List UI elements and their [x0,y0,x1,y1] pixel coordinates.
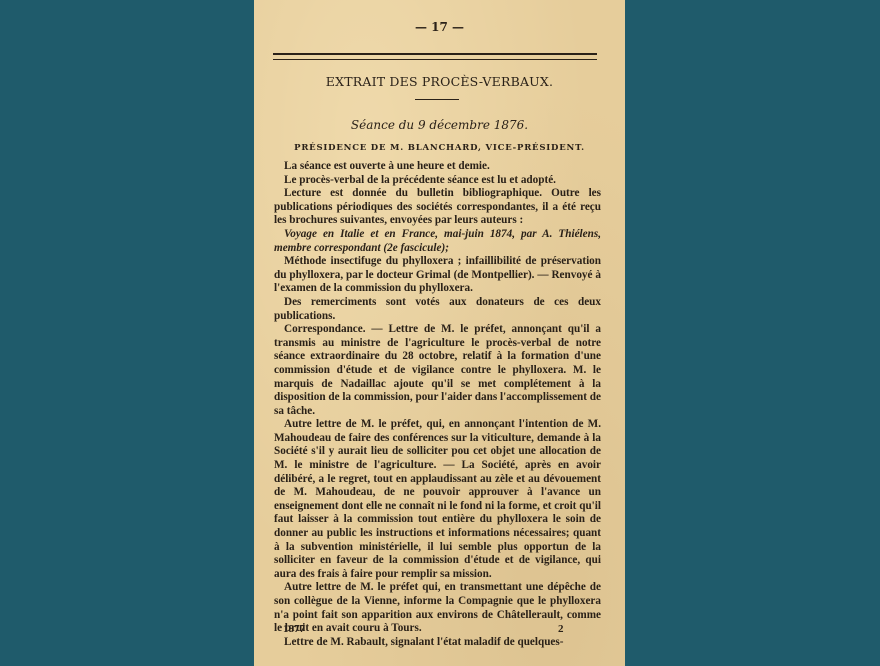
page-number: — 17 — [254,20,625,34]
session-date: Séance du 9 décembre 1876. [254,118,625,132]
paragraph: Des remerciments sont votés aux donateur… [274,296,601,323]
paragraph: Autre lettre de M. le préfet, qui, en an… [274,418,601,581]
paragraph: Lettre de M. Rabault, signalant l'état m… [274,636,601,650]
paragraph: Autre lettre de M. le préfet qui, en tra… [274,581,601,635]
scanned-page: — 17 — EXTRAIT DES PROCÈS-VERBAUX. Séanc… [254,0,625,666]
paragraph: Lecture est donnée du bulletin bibliogra… [274,187,601,228]
paragraph: Le procès-verbal de la précédente séance… [274,174,601,188]
presidency-line: PRÉSIDENCE DE M. BLANCHARD, VICE-PRÉSIDE… [254,143,625,153]
signature-mark: 2 [558,623,564,635]
paragraph: Correspondance. — Lettre de M. le préfet… [274,323,601,418]
header-rule [273,53,597,60]
paragraph: Méthode insectifuge du phylloxera ; infa… [274,255,601,296]
paragraph: La séance est ouverte à une heure et dem… [274,160,601,174]
section-title: EXTRAIT DES PROCÈS-VERBAUX. [254,74,625,89]
footer-year: 1877 [283,623,305,635]
paragraph: Voyage en Italie et en France, mai-juin … [274,228,601,255]
title-divider [415,99,459,100]
body-text: La séance est ouverte à une heure et dem… [274,160,601,649]
